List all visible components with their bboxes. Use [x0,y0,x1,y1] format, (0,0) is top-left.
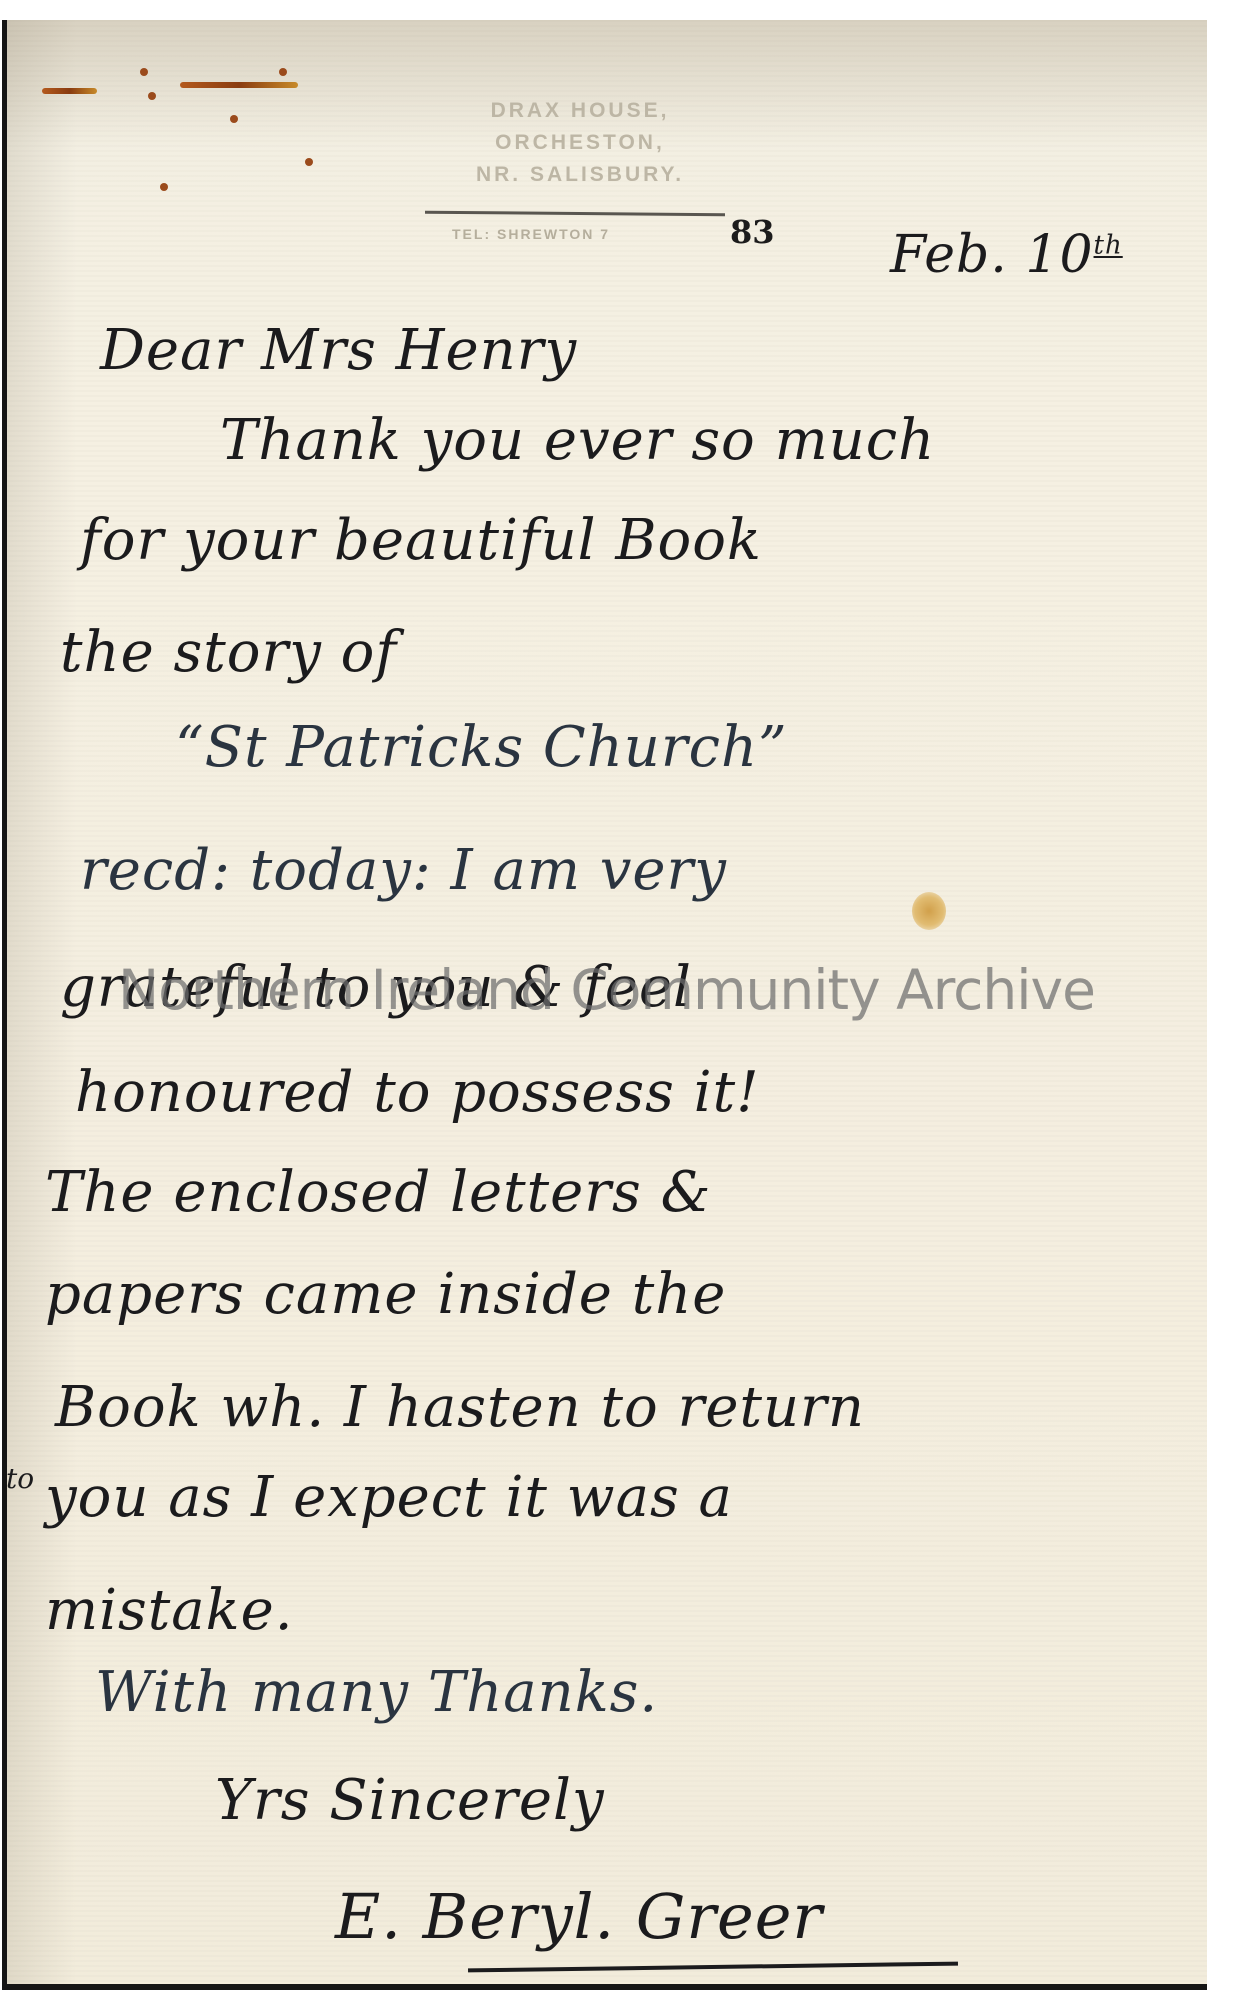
stain-spot [912,892,946,930]
body-line: papers came inside the [45,1262,726,1327]
closing-line: Yrs Sincerely [215,1768,605,1833]
rust-mark [180,82,298,88]
closing-line: With many Thanks. [95,1660,658,1725]
rust-dot [148,92,156,100]
body-line: Book wh. I hasten to return [55,1375,865,1440]
letterhead-line: DRAX HOUSE, [420,95,740,127]
letterhead-line: ORCHESTON, [420,127,740,159]
body-line: the story of [60,620,397,685]
body-line: honoured to possess it! [75,1060,760,1125]
letter-date: Feb. 10th [890,225,1123,285]
body-line: mistake. [45,1578,294,1643]
rust-mark [42,88,97,94]
body-line: Thank you ever so much [220,408,935,473]
body-line: for your beautiful Book [80,508,762,573]
body-line: The enclosed letters & [45,1160,711,1225]
rust-dot [305,158,313,166]
signature: E. Beryl. Greer [335,1880,823,1953]
margin-note: to [6,1462,34,1495]
letterhead-line: NR. SALISBURY. [420,159,740,191]
rust-dot [140,68,148,76]
archive-watermark: Northern Ireland Community Archive [118,958,1095,1022]
letterhead-telephone: TEL: SHREWTON 7 [452,226,610,242]
date-suffix: th [1094,231,1123,261]
rust-dot [230,115,238,123]
date-text: Feb. 10 [890,225,1094,285]
telephone-handwritten: 83 [730,213,775,251]
body-line: “St Patricks Church” [175,715,788,780]
body-line: you as I expect it was a [45,1465,733,1530]
salutation: Dear Mrs Henry [100,318,577,383]
rust-dot [279,68,287,76]
body-line: recd: today: I am very [80,838,727,903]
letterhead: DRAX HOUSE, ORCHESTON, NR. SALISBURY. [420,95,740,191]
rust-dot [160,183,168,191]
